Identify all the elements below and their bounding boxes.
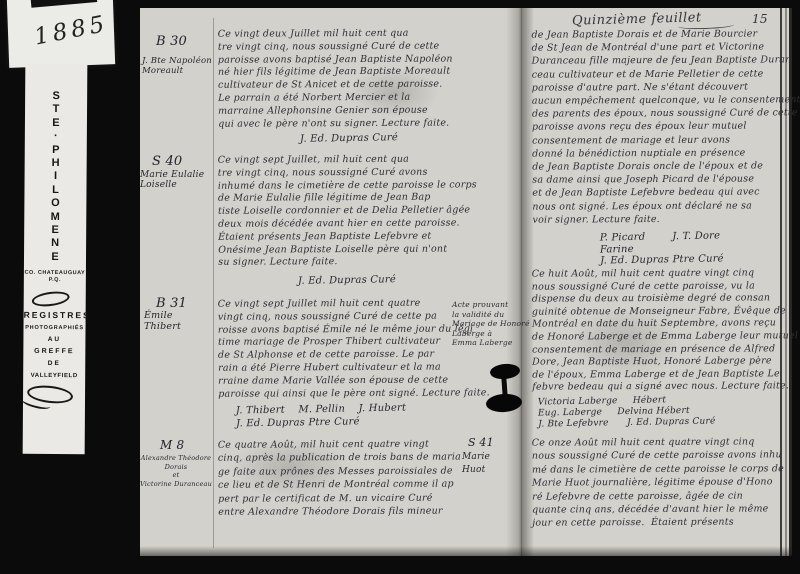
paperclip-icon: [31, 290, 71, 309]
act-signatures-m8: P. Picard J. T. DoreFarineJ. Ed. Dupras …: [536, 230, 724, 268]
register-spread: Quinzième feuillet 15 B 30 J. Bte Napolé…: [140, 8, 792, 556]
parish-name-vertical: STE·PHILOMENE: [24, 90, 87, 265]
microfilm-frame: 1885 STE·PHILOMENE CO. CHATEAUGUAYP.Q. R…: [0, 0, 800, 574]
page-edge-shadow: [789, 8, 792, 556]
act-body-b30: Ce vingt deux Juillet mil huit cent quat…: [218, 27, 509, 131]
parish-county-text: CO. CHATEAUGUAYP.Q.: [24, 270, 86, 284]
greffe-stamp-text: REGISTRESPHOTOGRAPHIÉSAUGREFFEDEVALLEYFI…: [23, 308, 86, 382]
act-body-s40: Ce vingt sept Juillet, mil huit cent qua…: [218, 153, 509, 270]
act-number-s41: S 41: [468, 436, 494, 449]
act-signatures-laberge: Victoria Laberge HébertEug. Laberge Delv…: [538, 394, 716, 430]
act-name-s41: MarieHuot: [462, 451, 522, 477]
act-signatures-b30: J. Ed. Dupras Curé: [300, 131, 398, 146]
act-body-s41: Ce onze Août mil huit cent quatre vingt …: [532, 435, 778, 530]
act-name-b30: J. Bte NapoléonMoreault: [142, 56, 212, 76]
margin-note-laberge: Acte prouvantla validité duMariage de Ho…: [452, 300, 530, 348]
film-year-label: 1885: [7, 0, 115, 68]
act-signatures-s40: J. Ed. Dupras Curé: [298, 273, 396, 288]
act-number-b30: B 30: [156, 34, 187, 49]
act-number-b31: B 31: [156, 296, 187, 311]
year-text: 1885: [32, 11, 110, 51]
act-body-m8-continuation: de Jean Baptiste Dorais et de Marie Bour…: [531, 27, 778, 226]
act-name-b31: ÉmileThibert: [144, 310, 212, 332]
act-body-m8: Ce quatre Août, mil huit cent quatre vin…: [218, 437, 508, 519]
act-number-m8: M 8: [160, 438, 184, 452]
act-number-s40: S 40: [152, 154, 182, 169]
act-name-s40: Marie EulalieLoiselle: [140, 170, 212, 190]
folio-number: 15: [752, 12, 768, 26]
act-name-m8: Alexandre Théodore DoraisetVictorine Dur…: [136, 454, 216, 488]
act-body-laberge: Ce huit Août, mil huit cent quatre vingt…: [532, 267, 779, 394]
film-parish-strip: STE·PHILOMENE CO. CHATEAUGUAYP.Q. REGIST…: [23, 64, 88, 454]
act-signatures-b31: J. Thibert M. Pellin J. HubertJ. Ed. Dup…: [236, 403, 407, 431]
page-edge-shadow: [785, 8, 787, 556]
tape-smudge: [31, 0, 98, 8]
